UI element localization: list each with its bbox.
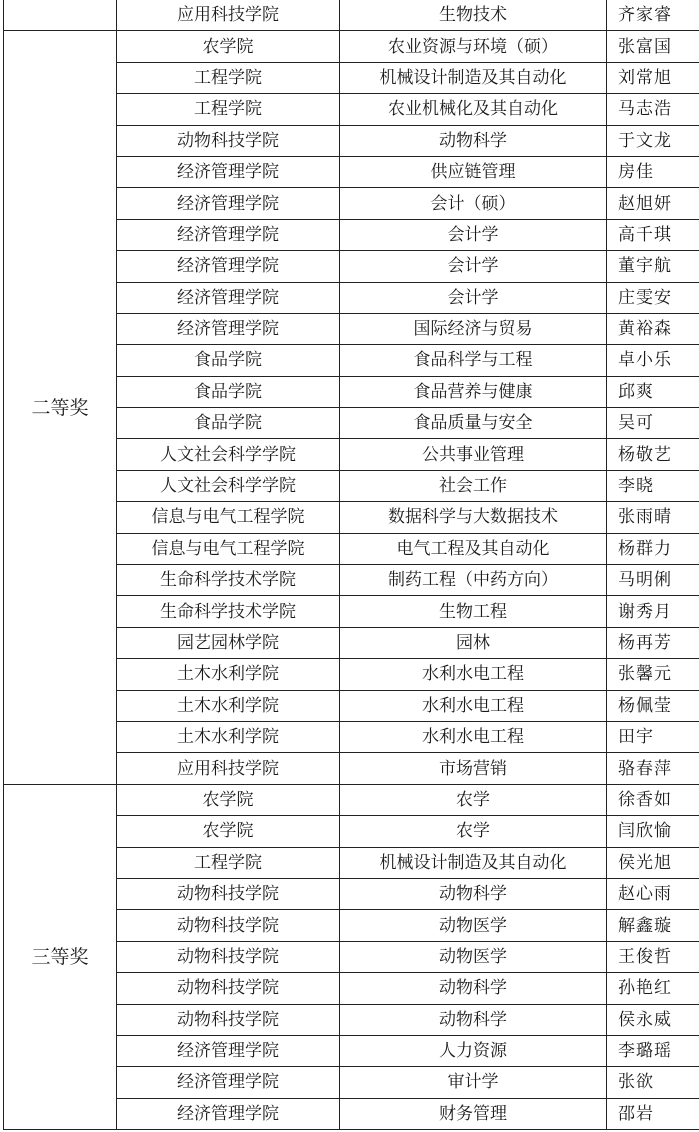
major-cell: 电气工程及其自动化 — [340, 533, 607, 564]
major-cell: 社会工作 — [340, 470, 607, 501]
name-cell: 董宇航 — [607, 251, 699, 282]
major-cell: 市场营销 — [340, 753, 607, 784]
major-cell: 国际经济与贸易 — [340, 313, 607, 344]
awards-table: 应用科技学院生物技术齐家睿二等奖农学院农业资源与环境（硕）张富国工程学院机械设计… — [3, 0, 699, 1130]
award-cell-continued — [4, 0, 117, 31]
major-cell: 动物科学 — [340, 1004, 607, 1035]
major-cell: 供应链管理 — [340, 156, 607, 187]
major-cell: 动物科学 — [340, 878, 607, 909]
major-cell: 农业资源与环境（硕） — [340, 31, 607, 62]
major-cell: 数据科学与大数据技术 — [340, 502, 607, 533]
college-cell: 生命科学技术学院 — [117, 565, 340, 596]
college-cell: 土木水利学院 — [117, 659, 340, 690]
major-cell: 动物科学 — [340, 973, 607, 1004]
name-cell: 张富国 — [607, 31, 699, 62]
name-cell: 闫欣愉 — [607, 816, 699, 847]
name-cell: 齐家睿 — [607, 0, 699, 31]
college-cell: 人文社会科学学院 — [117, 470, 340, 501]
college-cell: 生命科学技术学院 — [117, 596, 340, 627]
major-cell: 农学 — [340, 784, 607, 815]
major-cell: 农学 — [340, 816, 607, 847]
college-cell: 动物科技学院 — [117, 973, 340, 1004]
name-cell: 黄裕森 — [607, 313, 699, 344]
college-cell: 经济管理学院 — [117, 1067, 340, 1098]
name-cell: 邵岩 — [607, 1098, 699, 1129]
major-cell: 审计学 — [340, 1067, 607, 1098]
name-cell: 侯永威 — [607, 1004, 699, 1035]
name-cell: 解鑫璇 — [607, 910, 699, 941]
name-cell: 赵旭妍 — [607, 188, 699, 219]
college-cell: 工程学院 — [117, 62, 340, 93]
table-row: 三等奖农学院农学徐香如 — [4, 784, 699, 815]
college-cell: 农学院 — [117, 784, 340, 815]
major-cell: 机械设计制造及其自动化 — [340, 62, 607, 93]
name-cell: 张雨晴 — [607, 502, 699, 533]
major-cell: 水利水电工程 — [340, 659, 607, 690]
major-cell: 食品营养与健康 — [340, 376, 607, 407]
name-cell: 杨再芳 — [607, 627, 699, 658]
name-cell: 吴可 — [607, 408, 699, 439]
college-cell: 食品学院 — [117, 376, 340, 407]
awards-table-body: 应用科技学院生物技术齐家睿二等奖农学院农业资源与环境（硕）张富国工程学院机械设计… — [4, 0, 699, 1130]
name-cell: 房佳 — [607, 156, 699, 187]
major-cell: 园林 — [340, 627, 607, 658]
award-level-cell: 二等奖 — [4, 31, 117, 784]
college-cell: 园艺园林学院 — [117, 627, 340, 658]
college-cell: 应用科技学院 — [117, 0, 340, 31]
college-cell: 经济管理学院 — [117, 219, 340, 250]
name-cell: 杨敬艺 — [607, 439, 699, 470]
college-cell: 经济管理学院 — [117, 156, 340, 187]
college-cell: 食品学院 — [117, 408, 340, 439]
major-cell: 食品质量与安全 — [340, 408, 607, 439]
name-cell: 杨佩莹 — [607, 690, 699, 721]
name-cell: 孙艳红 — [607, 973, 699, 1004]
name-cell: 卓小乐 — [607, 345, 699, 376]
name-cell: 高千琪 — [607, 219, 699, 250]
award-level-cell: 三等奖 — [4, 784, 117, 1129]
major-cell: 会计学 — [340, 282, 607, 313]
college-cell: 人文社会科学学院 — [117, 439, 340, 470]
name-cell: 马志浩 — [607, 94, 699, 125]
major-cell: 水利水电工程 — [340, 721, 607, 752]
table-row: 二等奖农学院农业资源与环境（硕）张富国 — [4, 31, 699, 62]
college-cell: 信息与电气工程学院 — [117, 502, 340, 533]
major-cell: 动物医学 — [340, 941, 607, 972]
major-cell: 机械设计制造及其自动化 — [340, 847, 607, 878]
college-cell: 经济管理学院 — [117, 1035, 340, 1066]
college-cell: 经济管理学院 — [117, 1098, 340, 1129]
college-cell: 动物科技学院 — [117, 941, 340, 972]
college-cell: 经济管理学院 — [117, 282, 340, 313]
college-cell: 土木水利学院 — [117, 690, 340, 721]
name-cell: 侯光旭 — [607, 847, 699, 878]
name-cell: 徐香如 — [607, 784, 699, 815]
college-cell: 经济管理学院 — [117, 313, 340, 344]
major-cell: 会计学 — [340, 251, 607, 282]
major-cell: 动物科学 — [340, 125, 607, 156]
name-cell: 赵心雨 — [607, 878, 699, 909]
major-cell: 水利水电工程 — [340, 690, 607, 721]
name-cell: 张馨元 — [607, 659, 699, 690]
major-cell: 食品科学与工程 — [340, 345, 607, 376]
major-cell: 会计学 — [340, 219, 607, 250]
name-cell: 刘常旭 — [607, 62, 699, 93]
major-cell: 生物工程 — [340, 596, 607, 627]
name-cell: 马明俐 — [607, 565, 699, 596]
college-cell: 动物科技学院 — [117, 878, 340, 909]
major-cell: 人力资源 — [340, 1035, 607, 1066]
college-cell: 动物科技学院 — [117, 125, 340, 156]
major-cell: 制药工程（中药方向） — [340, 565, 607, 596]
name-cell: 李璐瑶 — [607, 1035, 699, 1066]
name-cell: 王俊哲 — [607, 941, 699, 972]
college-cell: 动物科技学院 — [117, 910, 340, 941]
college-cell: 动物科技学院 — [117, 1004, 340, 1035]
name-cell: 李晓 — [607, 470, 699, 501]
name-cell: 骆春萍 — [607, 753, 699, 784]
major-cell: 公共事业管理 — [340, 439, 607, 470]
name-cell: 谢秀月 — [607, 596, 699, 627]
college-cell: 应用科技学院 — [117, 753, 340, 784]
college-cell: 信息与电气工程学院 — [117, 533, 340, 564]
name-cell: 于文龙 — [607, 125, 699, 156]
name-cell: 张欲 — [607, 1067, 699, 1098]
name-cell: 田宇 — [607, 721, 699, 752]
name-cell: 庄雯安 — [607, 282, 699, 313]
major-cell: 财务管理 — [340, 1098, 607, 1129]
name-cell: 杨群力 — [607, 533, 699, 564]
major-cell: 生物技术 — [340, 0, 607, 31]
college-cell: 工程学院 — [117, 94, 340, 125]
college-cell: 经济管理学院 — [117, 188, 340, 219]
college-cell: 土木水利学院 — [117, 721, 340, 752]
major-cell: 会计（硕） — [340, 188, 607, 219]
college-cell: 食品学院 — [117, 345, 340, 376]
college-cell: 工程学院 — [117, 847, 340, 878]
college-cell: 经济管理学院 — [117, 251, 340, 282]
college-cell: 农学院 — [117, 31, 340, 62]
major-cell: 农业机械化及其自动化 — [340, 94, 607, 125]
table-row: 应用科技学院生物技术齐家睿 — [4, 0, 699, 31]
name-cell: 邱爽 — [607, 376, 699, 407]
major-cell: 动物医学 — [340, 910, 607, 941]
college-cell: 农学院 — [117, 816, 340, 847]
